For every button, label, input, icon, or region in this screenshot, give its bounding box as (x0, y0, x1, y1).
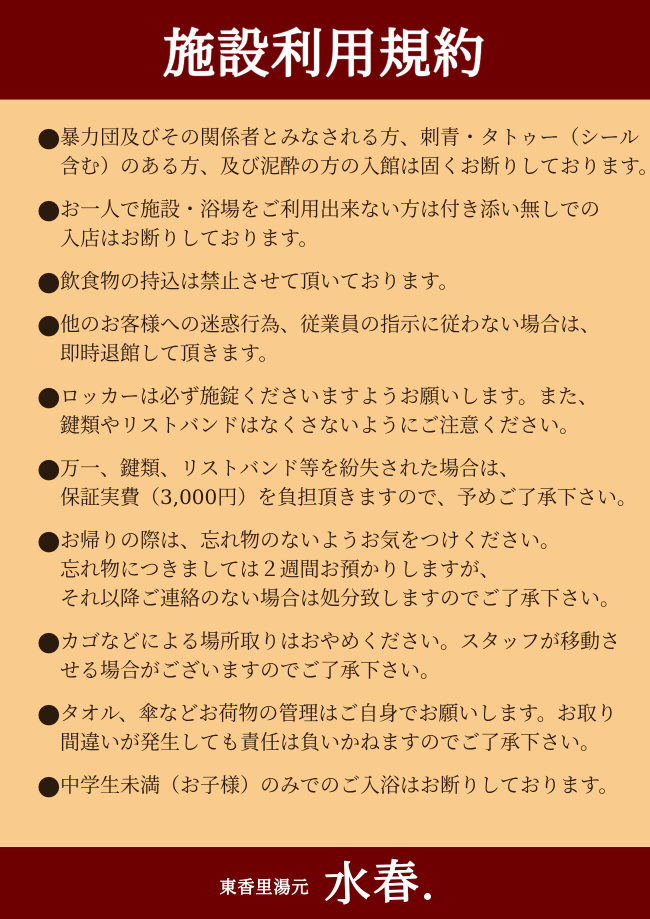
rule-text: お帰りの際は、忘れ物のないようお気をつけください。 忘れ物につきましては２週間お… (60, 526, 642, 613)
bullet-icon: ● (37, 627, 60, 656)
rule-line: 暴力団及びその関係者とみなされる方、刺青・タトゥー（シール (60, 123, 650, 152)
rule-line: せる場合がございますのでご了承下さい。 (60, 656, 642, 685)
bullet-icon: ● (37, 195, 60, 224)
rule-text: 万一、鍵類、リストバンド等を紛失された場合は、 保証実費（3,000円）を負担頂… (60, 454, 642, 512)
rule-item: ● タオル、傘などお荷物の管理はご自身でお願いします。お取り 間違いが発生しても… (37, 699, 642, 757)
rule-text: お一人で施設・浴場をご利用出来ない方は付き添い無しでの 入店はお断りしております… (60, 195, 642, 253)
rule-line: 万一、鍵類、リストバンド等を紛失された場合は、 (60, 454, 642, 483)
bullet-icon: ● (37, 310, 60, 339)
rule-line: 他のお客様への迷惑行為、従業員の指示に従わない場合は、 (60, 310, 642, 339)
bullet-icon: ● (37, 123, 60, 152)
brand-dot-icon (424, 893, 431, 900)
bullet-icon: ● (37, 382, 60, 411)
rule-line: 中学生未満（お子様）のみでのご入浴はお断りしております。 (60, 771, 642, 800)
rule-text: 他のお客様への迷惑行為、従業員の指示に従わない場合は、 即時退館して頂きます。 (60, 310, 642, 368)
page-title: 施設利用規約 (163, 29, 487, 81)
rule-line: それ以降ご連絡のない場合は処分致しますのでご了承下さい。 (60, 584, 642, 613)
rule-line: 保証実費（3,000円）を負担頂きますので、予めご了承下さい。 (60, 483, 642, 512)
rule-item: ● 飲食物の持込は禁止させて頂いております。 (37, 267, 642, 296)
brand-name-label: 水春 (323, 858, 423, 907)
rule-item: ● ロッカーは必ず施錠くださいますようお願いします。また、 鍵類やリストバンドは… (37, 382, 642, 440)
rule-line: 忘れ物につきましては２週間お預かりしますが、 (60, 555, 642, 584)
rule-text: ロッカーは必ず施錠くださいますようお願いします。また、 鍵類やリストバンドはなく… (60, 382, 642, 440)
rule-line: お一人で施設・浴場をご利用出来ない方は付き添い無しでの (60, 195, 642, 224)
rule-line: 入店はお断りしております。 (60, 224, 642, 253)
rule-line: 間違いが発生しても責任は負いかねますのでご了承下さい。 (60, 728, 642, 757)
rule-line: ロッカーは必ず施錠くださいますようお願いします。また、 (60, 382, 642, 411)
rule-line: 含む）のある方、及び泥酔の方の入館は固くお断りしております。 (60, 152, 650, 181)
bullet-icon: ● (37, 699, 60, 728)
rule-item: ● 他のお客様への迷惑行為、従業員の指示に従わない場合は、 即時退館して頂きます… (37, 310, 642, 368)
rule-line: 飲食物の持込は禁止させて頂いております。 (60, 267, 642, 296)
rule-line: 鍵類やリストバンドはなくさないようにご注意ください。 (60, 411, 642, 440)
bullet-icon: ● (37, 771, 60, 800)
rule-item: ● お一人で施設・浴場をご利用出来ない方は付き添い無しでの 入店はお断りしており… (37, 195, 642, 253)
rule-text: タオル、傘などお荷物の管理はご自身でお願いします。お取り 間違いが発生しても責任… (60, 699, 642, 757)
rule-line: お帰りの際は、忘れ物のないようお気をつけください。 (60, 526, 642, 555)
rules-list: ● 暴力団及びその関係者とみなされる方、刺青・タトゥー（シール 含む）のある方、… (0, 100, 650, 847)
rule-item: ● 万一、鍵類、リストバンド等を紛失された場合は、 保証実費（3,000円）を負… (37, 454, 642, 512)
bullet-icon: ● (37, 526, 60, 555)
rule-text: 中学生未満（お子様）のみでのご入浴はお断りしております。 (60, 771, 642, 800)
rule-line: タオル、傘などお荷物の管理はご自身でお願いします。お取り (60, 699, 642, 728)
facility-rules-poster: 施設利用規約 ● 暴力団及びその関係者とみなされる方、刺青・タトゥー（シール 含… (0, 0, 650, 919)
brand-logo: 東香里湯元 水春 (220, 860, 431, 906)
bullet-icon: ● (37, 267, 60, 296)
rule-text: カゴなどによる場所取りはおやめください。スタッフが移動さ せる場合がございますの… (60, 627, 642, 685)
poster-header: 施設利用規約 (0, 0, 650, 100)
poster-footer: 東香里湯元 水春 (0, 847, 650, 919)
rule-item: ● お帰りの際は、忘れ物のないようお気をつけください。 忘れ物につきましては２週… (37, 526, 642, 613)
rule-item: ● 中学生未満（お子様）のみでのご入浴はお断りしております。 (37, 771, 642, 800)
rule-item: ● 暴力団及びその関係者とみなされる方、刺青・タトゥー（シール 含む）のある方、… (37, 123, 642, 181)
rule-item: ● カゴなどによる場所取りはおやめください。スタッフが移動さ せる場合がございま… (37, 627, 642, 685)
rule-text: 暴力団及びその関係者とみなされる方、刺青・タトゥー（シール 含む）のある方、及び… (60, 123, 650, 181)
rule-text: 飲食物の持込は禁止させて頂いております。 (60, 267, 642, 296)
brand-prefix-label: 東香里湯元 (220, 873, 310, 898)
bullet-icon: ● (37, 454, 60, 483)
rule-line: 即時退館して頂きます。 (60, 339, 642, 368)
rule-line: カゴなどによる場所取りはおやめください。スタッフが移動さ (60, 627, 642, 656)
